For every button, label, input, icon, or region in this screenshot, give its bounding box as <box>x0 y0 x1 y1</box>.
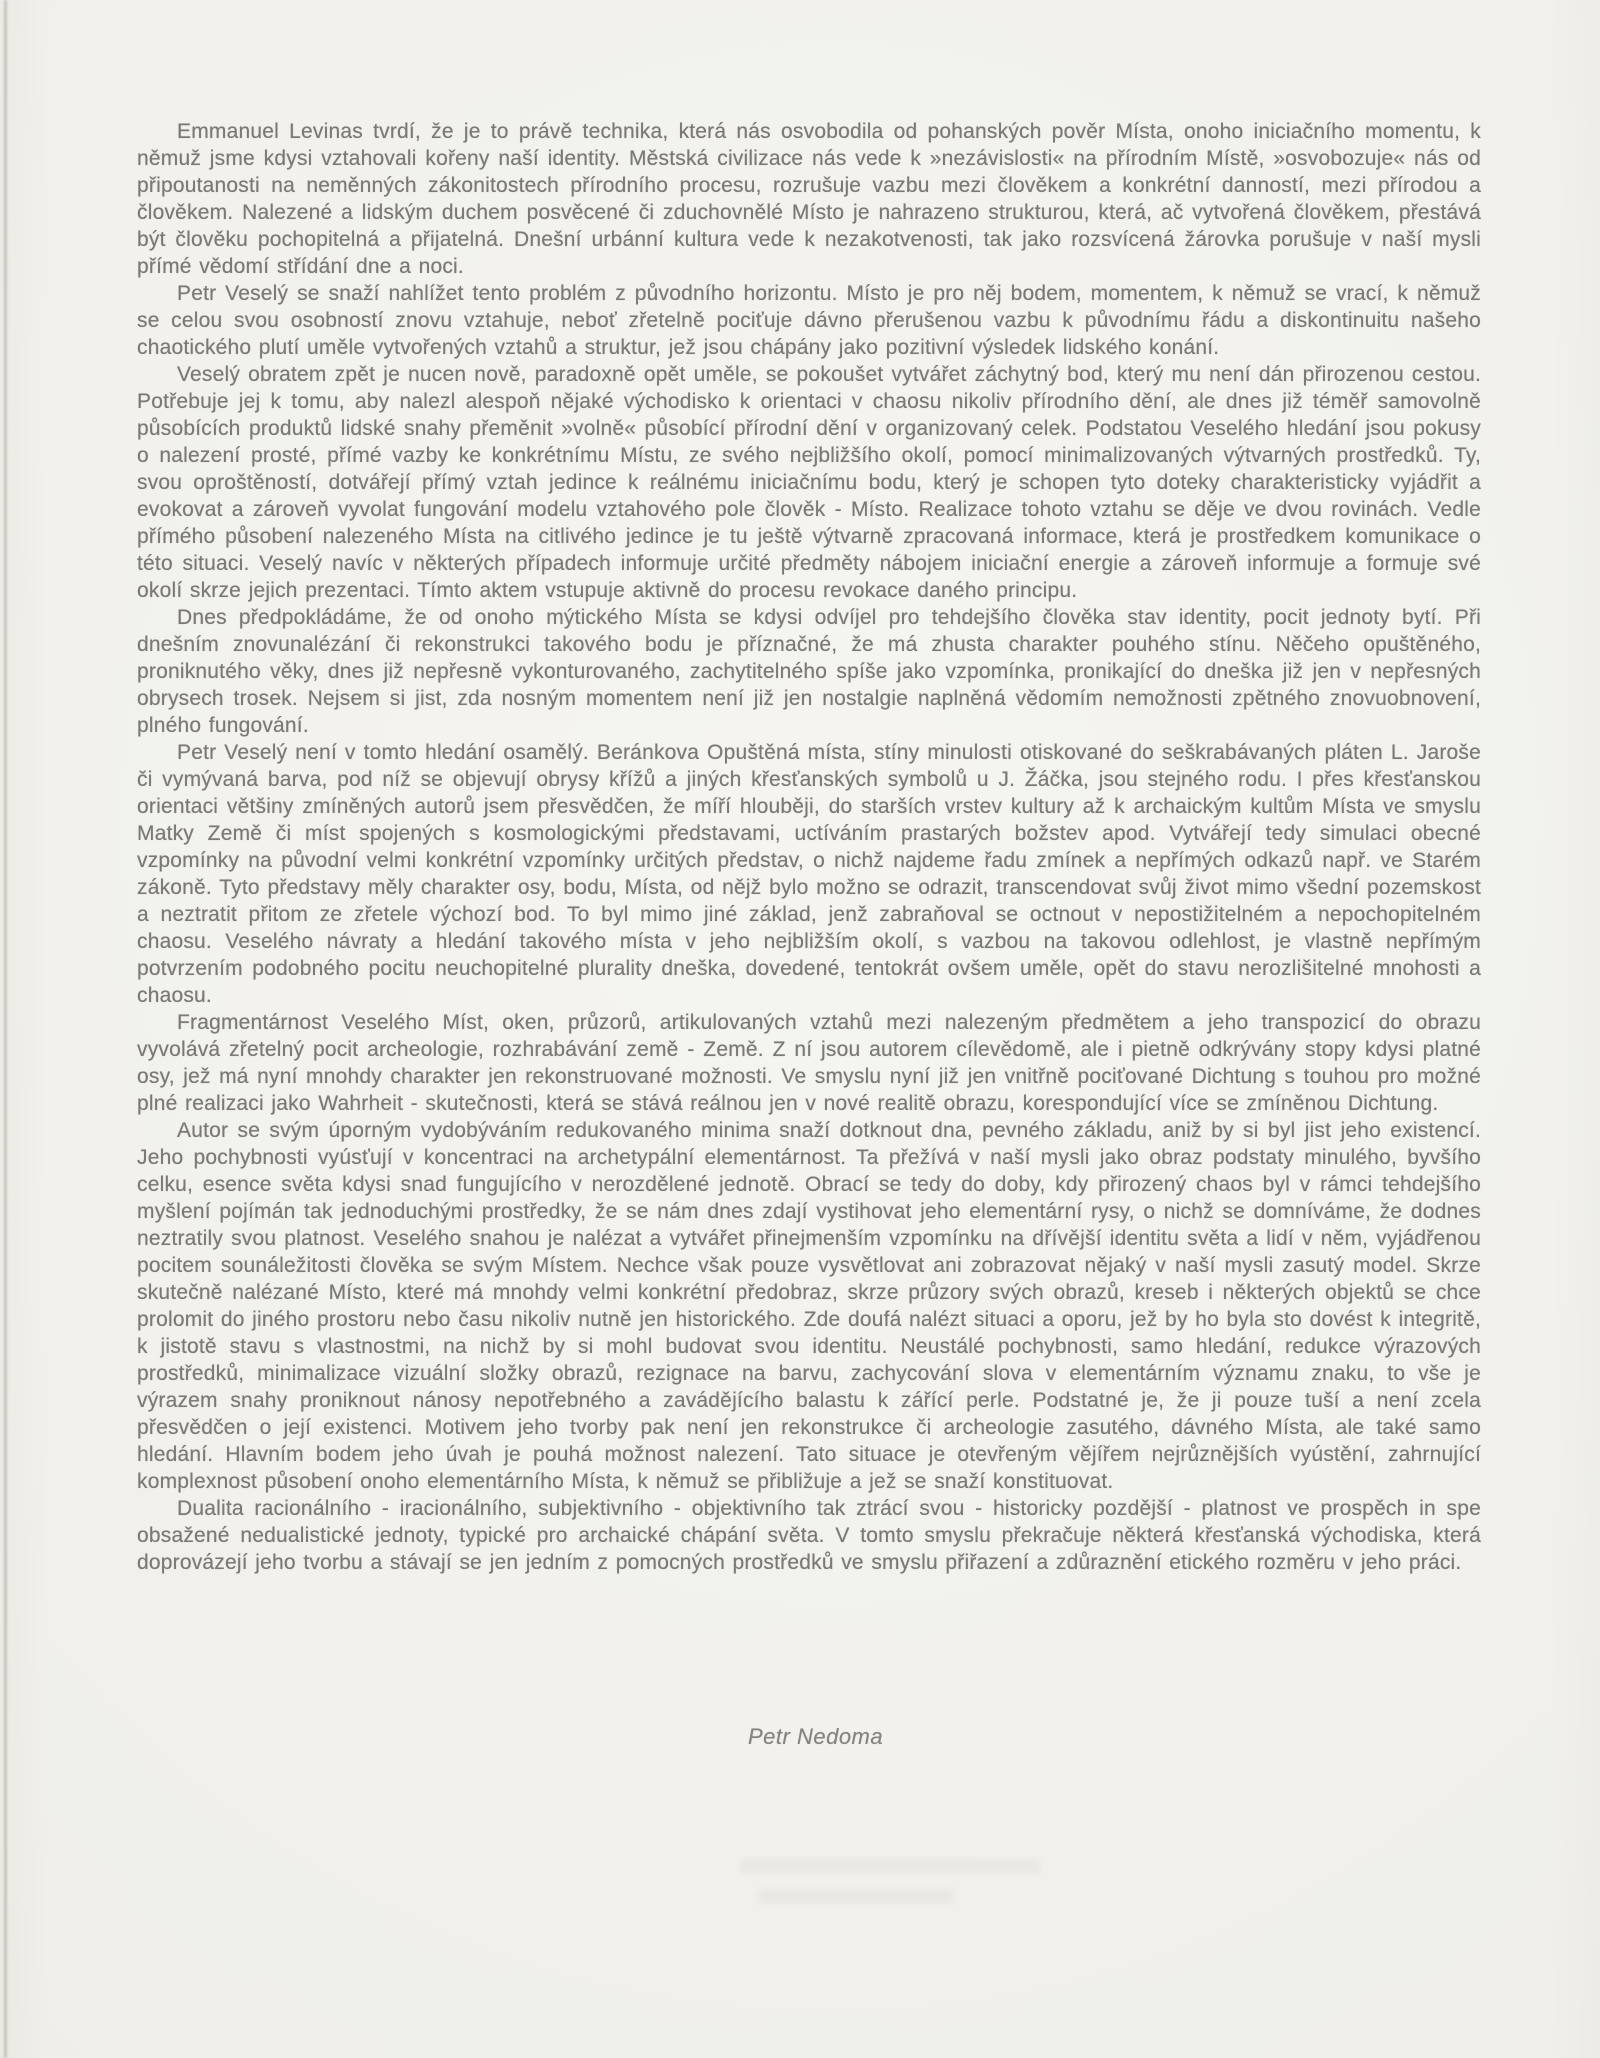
ghost-showthrough-text-line <box>740 1859 1040 1874</box>
essay-paragraph: Dualita racionálního - iracionálního, su… <box>137 1495 1481 1576</box>
paper-scan-edge <box>4 0 7 2058</box>
essay-paragraph: Autor se svým úporným vydobýváním reduko… <box>137 1117 1481 1495</box>
essay-paragraph: Emmanuel Levinas tvrdí, že je to právě t… <box>137 118 1481 280</box>
ghost-showthrough-text-line <box>758 1889 953 1904</box>
essay-paragraph: Dnes předpokládáme, že od onoho mýtickéh… <box>137 604 1481 739</box>
essay-paragraph: Petr Veselý se snaží nahlížet tento prob… <box>137 280 1481 361</box>
scanned-document-page: Emmanuel Levinas tvrdí, že je to právě t… <box>0 0 1600 2058</box>
essay-paragraph: Petr Veselý není v tomto hledání osamělý… <box>137 739 1481 1009</box>
essay-text-block: Emmanuel Levinas tvrdí, že je to právě t… <box>137 118 1481 1576</box>
essay-paragraph: Veselý obratem zpět je nucen nově, parad… <box>137 361 1481 604</box>
author-signature: Petr Nedoma <box>748 1724 883 1750</box>
essay-paragraph: Fragmentárnost Veselého Míst, oken, průz… <box>137 1009 1481 1117</box>
